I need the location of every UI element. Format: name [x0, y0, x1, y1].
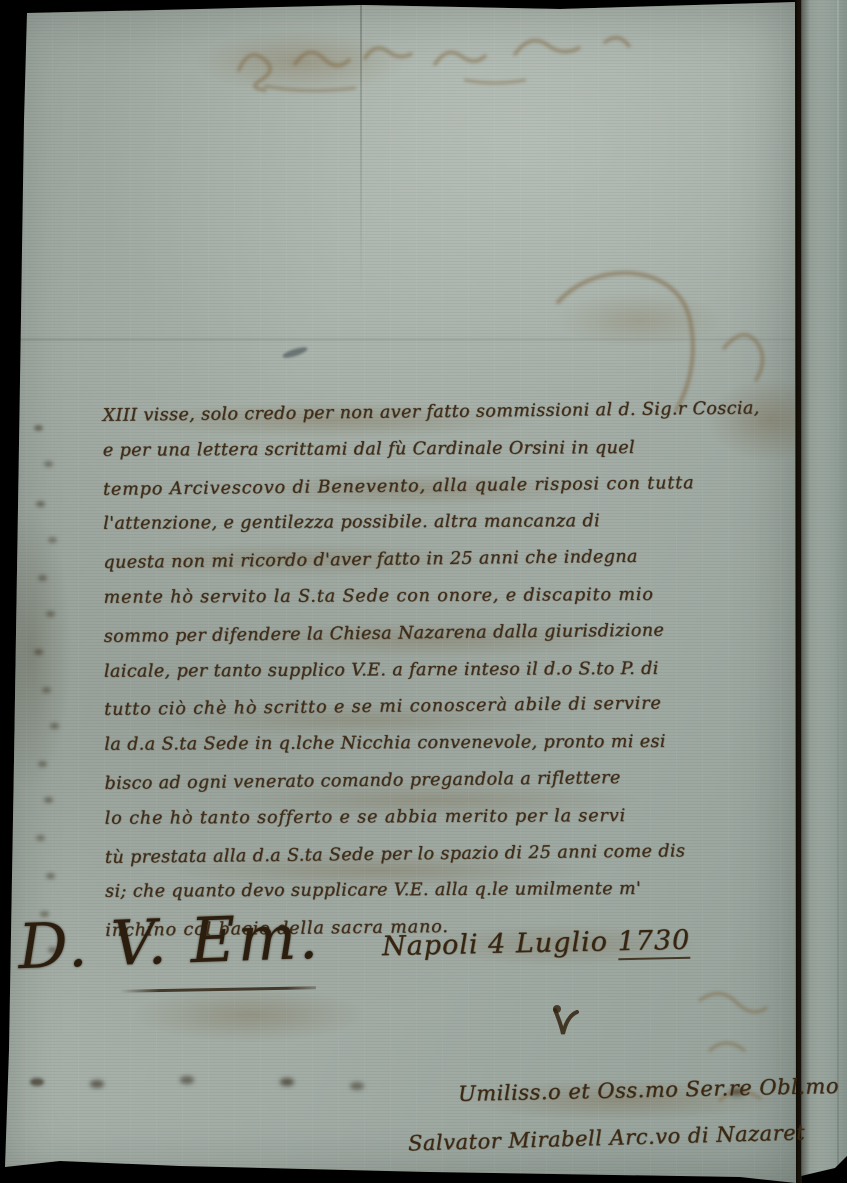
adjacent-page-crease [837, 0, 839, 1183]
manuscript-line: bisco ad ogni venerato comando pregandol… [104, 758, 796, 803]
manuscript-line: questa non mi ricordo d'aver fatto in 25… [103, 537, 795, 582]
manuscript-line: tempo Arcivescovo di Benevento, alla qua… [103, 464, 795, 509]
manuscript-line: tutto ciò chè hò scritto e se mi conosce… [104, 684, 796, 729]
manuscript-line: laicale, per tanto supplico V.E. a farne… [104, 650, 796, 690]
valediction-initials: D. V. Em. [17, 900, 321, 983]
graphite-smudge [282, 345, 309, 360]
manuscript-line: XIII visse, solo credo per non aver fatt… [102, 390, 794, 435]
bleedthrough-ghost-writing-top [225, 24, 645, 104]
valediction-flourish-stroke [120, 986, 316, 992]
dateline-place-and-day: Napoli 4 Luglio [382, 926, 618, 962]
manuscript-line: e per una lettera scrittami dal fù Cardi… [103, 429, 795, 469]
dateline-year-underlined: 1730 [617, 925, 690, 961]
bleedthrough-ghost-lower [690, 980, 790, 1130]
letter-page: XIII visse, solo credo per non aver fatt… [0, 0, 796, 1183]
letter-body: XIII visse, solo credo per non aver fatt… [103, 392, 798, 948]
ink-blot-mark [549, 1002, 583, 1038]
adjacent-page-edge [801, 0, 847, 1183]
dateline: Napoli 4 Luglio 1730 [382, 925, 691, 962]
manuscript-line: mente hò servito la S.ta Sede con onore,… [104, 576, 796, 616]
manuscript-line: la d.a S.ta Sede in q.lche Nicchia conve… [104, 723, 796, 763]
bleedthrough-speck-column [34, 425, 43, 431]
manuscript-line: sommo per difendere la Chiesa Nazarena d… [104, 611, 796, 656]
manuscript-line: lo che hò tanto sofferto e se abbia meri… [105, 797, 797, 837]
manuscript-line: l'attenzione, e gentilezza possibile. al… [103, 503, 795, 543]
bleedthrough-speck-row-bottom [30, 1078, 44, 1086]
manuscript-scan: XIII visse, solo credo per non aver fatt… [0, 0, 847, 1183]
manuscript-line: tù prestata alla d.a S.ta Sede per lo sp… [105, 832, 797, 877]
